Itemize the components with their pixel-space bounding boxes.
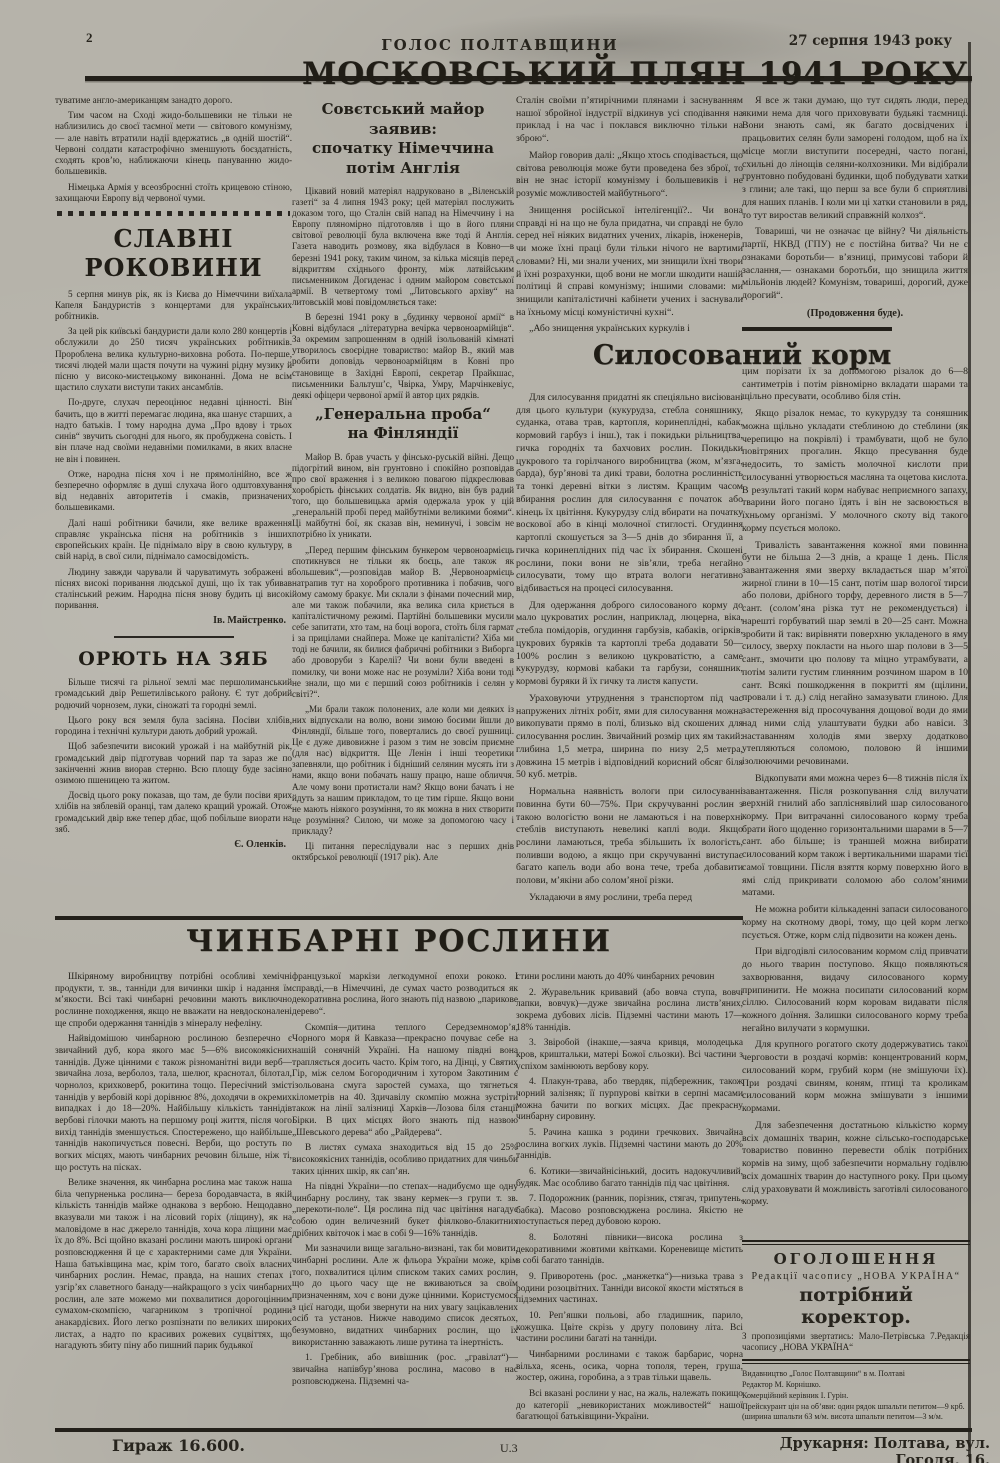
paragraph: Тривалість завантаження кожної ями повин… [742, 540, 968, 769]
paragraph: Німецька Армія у всеозброєнні стоїть кри… [55, 182, 292, 204]
paragraph: Чинбарними рослинами є також барбарис, ч… [516, 1350, 743, 1385]
byline-maistrenko: Ів. Майстренко. [55, 615, 286, 627]
paragraph: 10. Реп’яшки польові, або гладишник, пар… [516, 1311, 743, 1346]
announcement-vacancy: потрібний коректор. [742, 1284, 970, 1328]
headline-oryut-na-zyab: ОРЮТЬ НА ЗЯБ [55, 648, 292, 671]
paragraph: Для одержання доброго силосованого корму… [516, 600, 743, 689]
column-silage-right: цим порізати їх за допомогою різалок до … [742, 366, 968, 1236]
paragraph: Сталін своїми п’ятирічними плянами і зас… [516, 95, 743, 146]
imprint-line: Видавництво „Голос Полтавщини“ в м. Полт… [742, 1369, 970, 1379]
paragraph: Якщо різалок немає, то кукурудзу та соня… [742, 408, 968, 535]
paragraph: Отже, народна пісня хоч і не прямолінійн… [55, 469, 292, 514]
paragraph: Ці питання переслідували нас з перших дн… [292, 841, 514, 863]
paragraph: В березні 1941 року в „будинку червоної … [292, 312, 514, 401]
section-rule [114, 636, 234, 639]
footer-rule [55, 1428, 972, 1432]
paragraph: „Або знищення українських куркулів і [516, 323, 743, 336]
paragraph: По-друге, слухач переоцінює недавні цінн… [55, 397, 292, 464]
paragraph: 4. Плакун-трава, або твердяк, підбережни… [516, 1077, 743, 1124]
section-rule [55, 916, 743, 920]
paragraph: На півдні України—по степах—надибуємо ще… [292, 1182, 518, 1240]
paragraph: 6. Котики—звичайнісінький, досить надоку… [516, 1167, 743, 1190]
paragraph: 2. Журавельник кривавий (або вовча ступа… [516, 988, 743, 1035]
paragraph: Товариші, чи не означає це війну? Чи дія… [742, 226, 968, 302]
paragraph: 5. Рачина кашка з родини гречкових. Звич… [516, 1128, 743, 1163]
ornament-divider [57, 211, 290, 216]
printer-address: Друкарня: Полтава, вул. Гоголя, 16. [712, 1435, 990, 1463]
paragraph: Далі наші робітники бачили, яке велике в… [55, 518, 292, 563]
column-moscow-end: Я все ж таки думаю, що тут сидять люди, … [742, 95, 968, 353]
column-chynbarni-1: Шкіряному виробництву потрібні особливі … [55, 972, 292, 1430]
paragraph: 7. Подорожник (ранник, порізник, стягач,… [516, 1194, 743, 1229]
column-left: туватиме англо-американцям занадто дорог… [55, 95, 292, 923]
circulation: Гираж 16.600. [112, 1436, 245, 1455]
imprint-block: Видавництво „Голос Полтавщини“ в м. Полт… [742, 1369, 970, 1422]
paragraph: Відкопувати ями можна через 6—8 тижнів п… [742, 773, 968, 900]
paragraph: стини рослини мають до 40% чинбарних реч… [516, 972, 743, 984]
double-rule [742, 1240, 970, 1245]
double-rule [742, 1359, 970, 1364]
paragraph: 5 серпня минув рік, як із Києва до Німеч… [55, 289, 292, 323]
paragraph: Більше тисячі га рільної землі має першо… [55, 677, 292, 711]
paragraph: Цього року вся земля була засіяна. Посів… [55, 715, 292, 737]
column-silage-left: Для силосування придатні як спеціяльно в… [516, 392, 743, 920]
paragraph: 9. Приворотень (рос. „манжетка“)—низька … [516, 1272, 743, 1307]
paragraph: Тим часом на Сході жидо-большевики не ті… [55, 110, 292, 177]
paragraph: За цей рік київські бандуристи дали коло… [55, 326, 292, 393]
paragraph: Шкіряному виробництву потрібні особливі … [55, 972, 292, 1030]
imprint-line: Редактор М. Корнішко. [742, 1380, 970, 1390]
paragraph: Знищення російської інтелігенції?.. Чи в… [516, 205, 743, 320]
announcement-contact: З пропозиціями звертатись: Мало-Петрівсь… [742, 1331, 970, 1354]
announcement-line: Редакції часопису „НОВА УКРАЇНА“ [742, 1271, 970, 1282]
imprint-line: Комерційний керівник І. Гурін. [742, 1391, 970, 1401]
column-chynbarni-3: стини рослини мають до 40% чинбарних реч… [516, 972, 743, 1430]
paragraph: Ми зазначили вище загально-визнані, так … [292, 1244, 518, 1349]
issue-date: 27 серпня 1943 року [789, 33, 952, 49]
newspaper-page: 2 ГОЛОС ПОЛТАВЩИНИ 27 серпня 1943 року М… [0, 0, 1000, 1463]
paragraph: туватиме англо-американцям занадто дорог… [55, 95, 292, 106]
paragraph: 8. Болотяні півники—висока рослина з дек… [516, 1233, 743, 1268]
paragraph: Найвідомішою чинбарною рослиною безпереч… [55, 1034, 292, 1174]
paragraph: Для крупного рогатого скоту додержуватис… [742, 1039, 968, 1115]
headline-moscow-plan: МОСКОВСЬКИЙ ПЛЯН 1941 РОКУ [300, 56, 970, 92]
paragraph: Для забезпечення достатньою кількістю ко… [742, 1120, 968, 1209]
paragraph: 1. Гребіник, або вивішник (рос. „гравіла… [292, 1353, 518, 1388]
paragraph: Щоб забезпечити високий урожай і на майб… [55, 741, 292, 786]
paragraph: „Ми брали також полонених, але коли ми д… [292, 704, 514, 837]
column-chynbarni-2: французької маркізи легкодумної епохи ро… [292, 972, 518, 1430]
paragraph: Я все ж таки думаю, що тут сидять люди, … [742, 95, 968, 222]
paragraph: Велике значення, як чинбарна рослина має… [55, 1178, 292, 1353]
paragraph: Всі вказані рослини у нас, на жаль, нале… [516, 1389, 743, 1424]
byline-olenkiv: Є. Оленків. [55, 839, 286, 851]
paragraph: Нормальна наявність вологи при силосуван… [516, 786, 743, 888]
announcement-title: ОГОЛОШЕННЯ [742, 1250, 970, 1268]
paragraph: Укладаючи в яму рослини, треба перед [516, 892, 743, 905]
headline-chynbarni-roslyny: ЧИНБАРНІ РОСЛИНИ [55, 924, 743, 959]
paragraph: В листях сумаха знаходиться від 15 до 25… [292, 1143, 518, 1178]
paragraph: французької маркізи легкодумної епохи ро… [292, 972, 518, 1019]
paragraph: Скомпія—дитина теплого Середземномор’я, … [292, 1023, 518, 1140]
paragraph: Цікавий новий матеріял надруковано в „Ві… [292, 186, 514, 308]
paragraph: Людину завжди чарували й чаруватимуть зо… [55, 567, 292, 612]
column-soviet-major: Совєтський майор заявив: спочатку Німечч… [292, 98, 514, 920]
subhead-heneralna-proba: „Генеральна проба“ на Фінляндії [292, 405, 514, 444]
column-moscow-continued: Сталін своїми п’ятирічними плянами і зас… [516, 95, 743, 341]
paragraph: Для силосування придатні як спеціяльно в… [516, 392, 743, 596]
headline-slavni-rokovyny: СЛАВНІ РОКОВИНИ [55, 224, 292, 283]
paragraph: Ураховуючи утруднення з транспортом під … [516, 693, 743, 782]
press-mark: U.3 [500, 1441, 518, 1456]
paragraph: Не можна робити кількаденні запаси силос… [742, 904, 968, 942]
paragraph: „Перед першим фінським бункером червоноа… [292, 545, 514, 700]
paragraph: Майор говорив далі: „Якщо хтось сподіває… [516, 150, 743, 201]
paragraph: 3. Звіробой (інакше,—заяча кривця, молод… [516, 1038, 743, 1073]
section-rule [742, 327, 892, 331]
paragraph: Досвід цього року показав, що там, де бу… [55, 790, 292, 835]
paragraph: При відгодівлі силосованим кормом слід п… [742, 946, 968, 1035]
announcement-box: ОГОЛОШЕННЯ Редакції часопису „НОВА УКРАЇ… [742, 1240, 970, 1428]
imprint-line: Прейскурант цін на об’яви: один рядок шп… [742, 1402, 970, 1422]
subhead-soviet-major: Совєтський майор заявив: спочатку Німечч… [292, 100, 514, 178]
continuation-note: (Продовження буде). [742, 307, 968, 321]
paragraph: Майор В. брав участь у фінсько-руській в… [292, 452, 514, 541]
paragraph: цим порізати їх за допомогою різалок до … [742, 366, 968, 404]
